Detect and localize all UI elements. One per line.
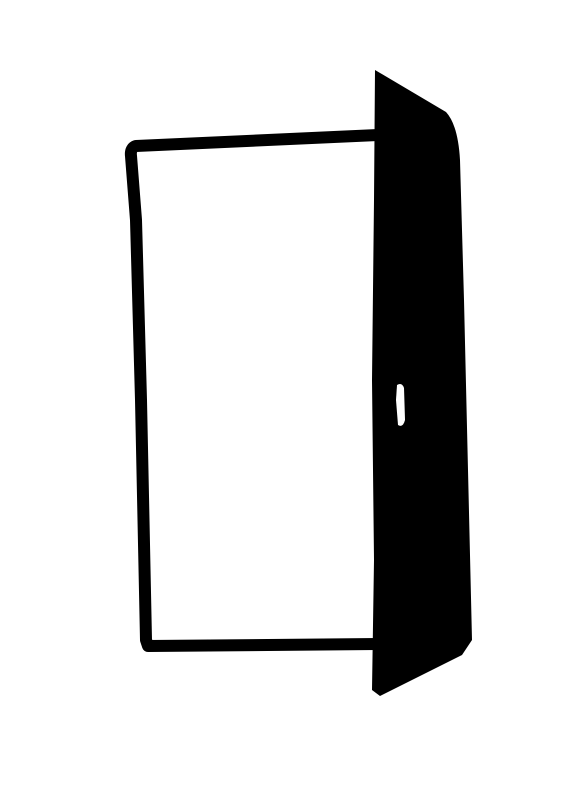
door-frame-outline (131, 135, 378, 646)
open-door-icon (0, 0, 582, 811)
open-door-panel (372, 70, 472, 696)
